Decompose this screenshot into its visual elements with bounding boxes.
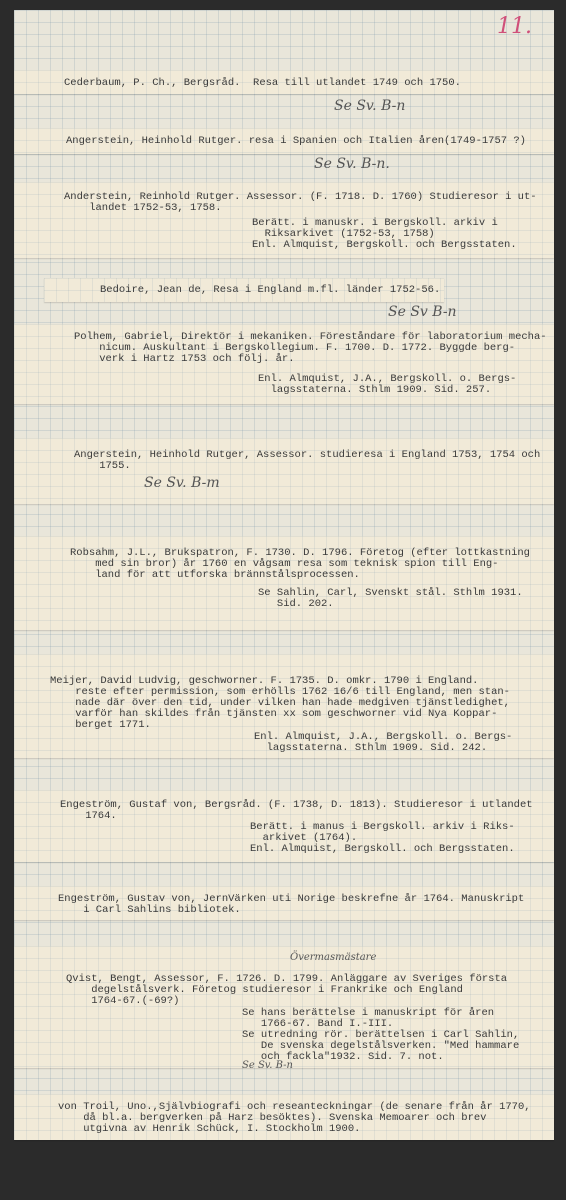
card-text: verk i Hartz 1753 och följ. år. xyxy=(74,354,295,365)
card-source: lagsstaterna. Sthlm 1909. Sid. 257. xyxy=(258,385,491,396)
page-number: 11. xyxy=(497,14,532,39)
index-card-bedoire: Bedoire, Jean de, Resa i England m.fl. l… xyxy=(44,278,444,302)
index-card-meijer: Meijer, David Ludvig, geschworner. F. 17… xyxy=(14,654,554,758)
card-text: land för att utforska brännstålsprocesse… xyxy=(70,570,360,581)
index-card-von-troil: von Troil, Uno.,Självbiografi och resean… xyxy=(14,1094,554,1140)
handwritten-note: Se Sv. B-n xyxy=(242,1060,293,1071)
index-card-anderstein: Anderstein, Reinhold Rutger. Assessor. (… xyxy=(14,182,554,258)
card-text: 1764-67.(-69?) xyxy=(66,996,179,1007)
card-text: Engeström, Gustaf von, Bergsråd. (F. 173… xyxy=(60,800,533,811)
index-card-robsahm: Robsahm, J.L., Brukspatron, F. 1730. D. … xyxy=(14,536,554,630)
card-text: berget 1771. xyxy=(50,720,151,731)
index-card-engestrom-1: Engeström, Gustaf von, Bergsråd. (F. 173… xyxy=(14,790,554,862)
card-text: Cederbaum, P. Ch., Bergsråd. Resa till u… xyxy=(64,78,461,89)
handwritten-note: Se Sv. B-n xyxy=(334,98,405,114)
card-text: 1764. xyxy=(60,811,117,822)
index-card-cederbaum: Cederbaum, P. Ch., Bergsråd. Resa till u… xyxy=(14,70,554,94)
card-source: Enl. Almquist, Bergskoll. och Bergsstate… xyxy=(250,844,515,855)
card-text: Angerstein, Heinhold Rutger, Assessor. s… xyxy=(74,450,540,461)
card-source: Sid. 202. xyxy=(258,599,334,610)
card-text: 1755. xyxy=(74,461,131,472)
card-text: Bedoire, Jean de, Resa i England m.fl. l… xyxy=(100,285,440,296)
index-card-engestrom-2: Engeström, Gustav von, JernVärken uti No… xyxy=(14,886,554,920)
index-card-polhem: Polhem, Gabriel, Direktör i mekaniken. F… xyxy=(14,324,554,404)
card-text: i Carl Sahlins bibliotek. xyxy=(58,905,241,916)
handwritten-annotation: Övermasmästare xyxy=(290,952,376,963)
card-source: lagsstaterna. Sthlm 1909. Sid. 242. xyxy=(254,743,487,754)
index-card-angerstein-2: Angerstein, Heinhold Rutger, Assessor. s… xyxy=(14,438,554,504)
card-source: Enl. Almquist, Bergskoll. och Bergsstate… xyxy=(252,240,517,251)
archive-page: 11. Cederbaum, P. Ch., Bergsråd. Resa ti… xyxy=(14,10,554,1138)
card-text: utgivna av Henrik Schück, I. Stockholm 1… xyxy=(58,1124,360,1135)
card-text: landet 1752-53, 1758. xyxy=(64,203,222,214)
handwritten-note: Se Sv B-n xyxy=(388,304,457,320)
handwritten-note: Se Sv. B-n. xyxy=(314,156,390,172)
index-card-qvist: Övermasmästare Qvist, Bengt, Assessor, F… xyxy=(14,946,554,1068)
handwritten-note: Se Sv. B-m xyxy=(144,478,220,489)
card-text: Angerstein, Heinhold Rutger. resa i Span… xyxy=(66,136,526,147)
index-card-angerstein-1: Angerstein, Heinhold Rutger. resa i Span… xyxy=(14,128,554,154)
